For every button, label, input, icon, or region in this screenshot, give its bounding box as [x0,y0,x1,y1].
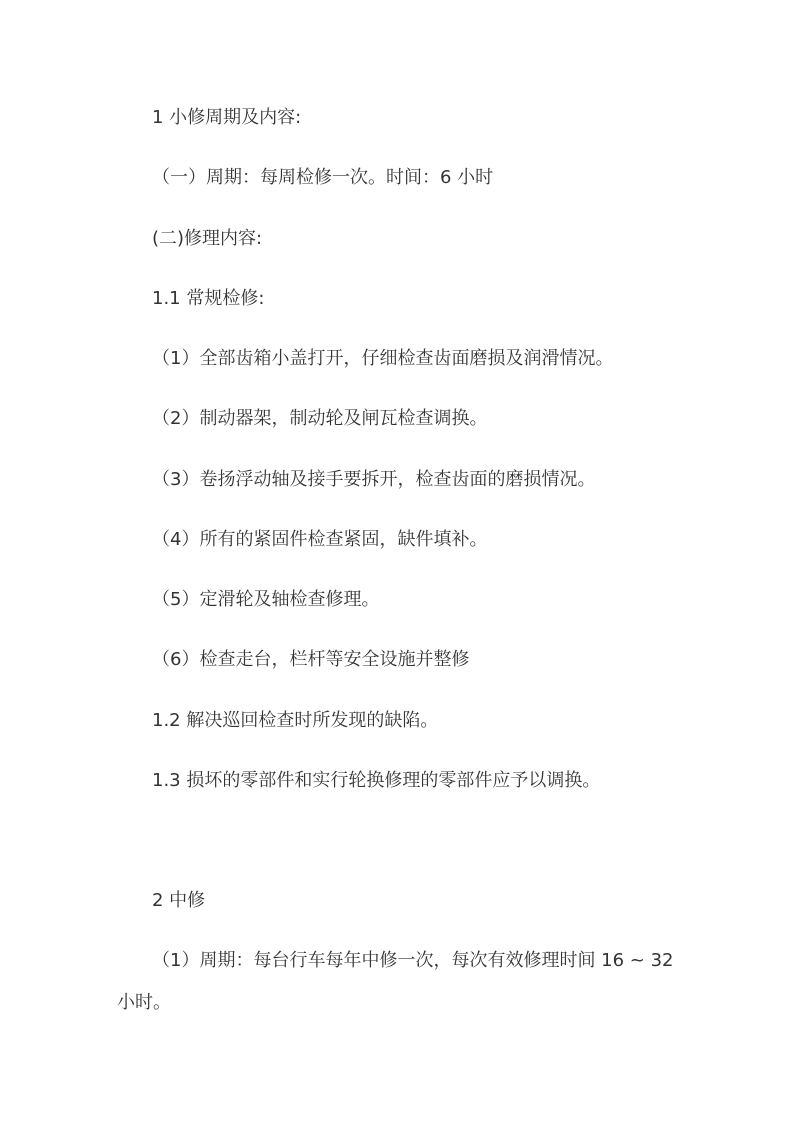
list-item: （6）检查走台，栏杆等安全设施并整修 [152,648,469,672]
subsection-1-3: 1.3 损坏的零部件和实行轮换修理的零部件应予以调换。 [152,769,600,793]
list-item: （3）卷扬浮动轴及接手要拆开，检查齿面的磨损情况。 [152,468,595,492]
section-2-item-1: （1）周期：每台行车每年中修一次，每次有效修理时间 16 ~ 32 [152,949,674,973]
section-1-content-heading: (二)修理内容: [152,227,262,251]
section-1-heading: 1 小修周期及内容: [152,106,301,130]
subsection-1-1-heading: 1.1 常规检修: [152,287,264,311]
list-item: （5）定滑轮及轴检查修理。 [152,588,379,612]
section-1-period: （一）周期：每周检修一次。时间：6 小时 [152,166,493,190]
list-item: （4）所有的紧固件检查紧固，缺件填补。 [152,528,487,552]
section-2-heading: 2 中修 [152,889,205,913]
list-item: （1）全部齿箱小盖打开，仔细检查齿面磨损及润滑情况。 [152,347,613,371]
list-item: （2）制动器架，制动轮及闸瓦检查调换。 [152,407,487,431]
subsection-1-2: 1.2 解决巡回检查时所发现的缺陷。 [152,709,438,733]
section-2-item-1-continuation: 小时。 [117,991,171,1015]
document-page: 1 小修周期及内容: （一）周期：每周检修一次。时间：6 小时 (二)修理内容:… [0,0,793,1122]
